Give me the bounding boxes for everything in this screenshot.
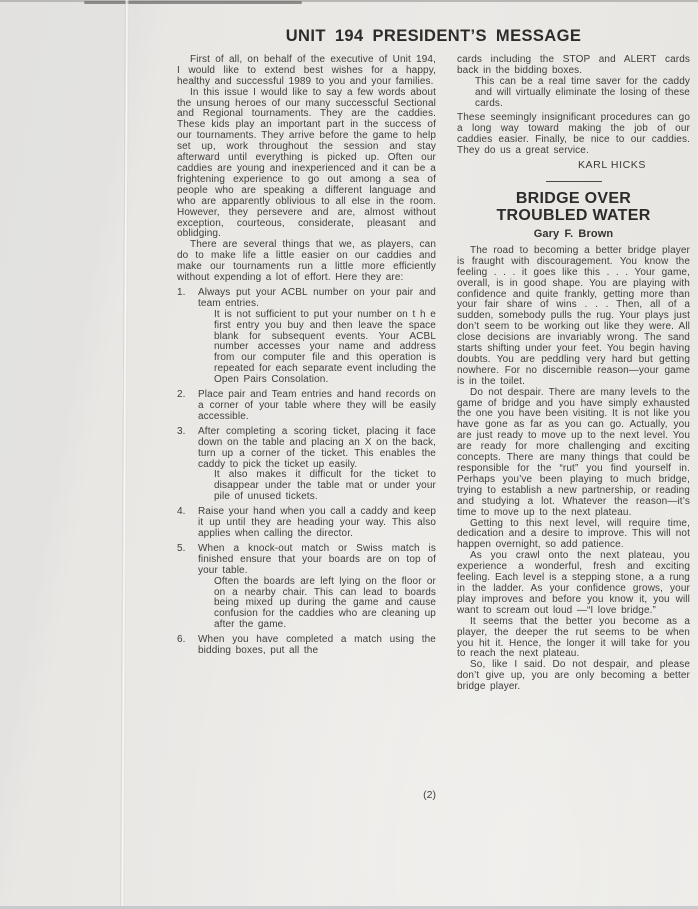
article-paragraph: It seems that the better you become as a…	[457, 617, 690, 661]
list-item: 6. When you have completed a match using…	[177, 635, 436, 657]
item-number: 5.	[177, 544, 198, 631]
article-paragraph: As you crawl onto the next plateau, you …	[457, 551, 690, 616]
right-column: cards including the STOP and ALERT cards…	[457, 55, 690, 693]
item-number: 4.	[177, 507, 198, 540]
item-sub-text: Often the boards are left lying on the f…	[214, 577, 436, 632]
list-item: 4. Raise your hand when you call a caddy…	[177, 507, 436, 540]
caddy-tips-list: 1. Always put your ACBL number on your p…	[177, 288, 436, 657]
article-paragraph: Getting to this next level, will require…	[457, 519, 690, 552]
list-item: 2. Place pair and Team entries and hand …	[177, 390, 436, 423]
message-paragraph: In this issue I would like to say a few …	[177, 88, 436, 241]
item-number: 1.	[177, 288, 198, 386]
item-text: When a knock-out match or Swiss match is…	[198, 544, 436, 577]
article-paragraph: So, like I said. Do not despair, and ple…	[457, 660, 690, 693]
message-continuation-paragraph: cards including the STOP and ALERT cards…	[457, 55, 690, 77]
article-paragraph: Do not despair. There are many levels to…	[457, 388, 690, 519]
message-continuation-sub: This can be a real time saver for the ca…	[475, 77, 690, 110]
item-number: 6.	[177, 635, 198, 657]
article-byline: Gary F. Brown	[457, 229, 690, 240]
page-title: UNIT 194 PRESIDENT’S MESSAGE	[177, 31, 690, 42]
item-sub-text: It also makes it difficult for the ticke…	[214, 470, 436, 503]
section-divider	[546, 181, 602, 182]
item-text: Raise your hand when you call a caddy an…	[198, 507, 436, 540]
item-text: Place pair and Team entries and hand rec…	[198, 390, 436, 423]
page-crease-line	[120, 0, 129, 909]
author-signature: KARL HICKS	[457, 160, 690, 171]
article-title-line1: BRIDGE OVER	[516, 190, 631, 207]
list-item: 3. After completing a scoring ticket, pl…	[177, 427, 436, 503]
two-column-layout: First of all, on behalf of the executive…	[177, 55, 690, 693]
article-paragraph: The road to becoming a better bridge pla…	[457, 246, 690, 388]
item-text: After completing a scoring ticket, placi…	[198, 427, 436, 471]
item-number: 3.	[177, 427, 198, 503]
message-paragraph: First of all, on behalf of the executive…	[177, 55, 436, 88]
list-item: 1. Always put your ACBL number on your p…	[177, 288, 436, 386]
message-continuation-paragraph: These seemingly insignificant procedures…	[457, 113, 690, 157]
article-title: BRIDGE OVER TROUBLED WATER	[457, 190, 690, 225]
article-title-line2: TROUBLED WATER	[496, 207, 650, 224]
newsletter-page: UNIT 194 PRESIDENT’S MESSAGE First of al…	[177, 31, 690, 693]
item-number: 2.	[177, 390, 198, 423]
item-sub-text: It is not sufficient to put your number …	[214, 310, 436, 386]
scan-top-shadow	[84, 1, 302, 4]
item-text: Always put your ACBL number on your pair…	[198, 288, 436, 310]
left-column: First of all, on behalf of the executive…	[177, 55, 436, 693]
list-item: 5. When a knock-out match or Swiss match…	[177, 544, 436, 631]
page-number: (2)	[177, 789, 436, 801]
item-text: When you have completed a match using th…	[198, 635, 436, 657]
message-paragraph: There are several things that we, as pla…	[177, 240, 436, 284]
